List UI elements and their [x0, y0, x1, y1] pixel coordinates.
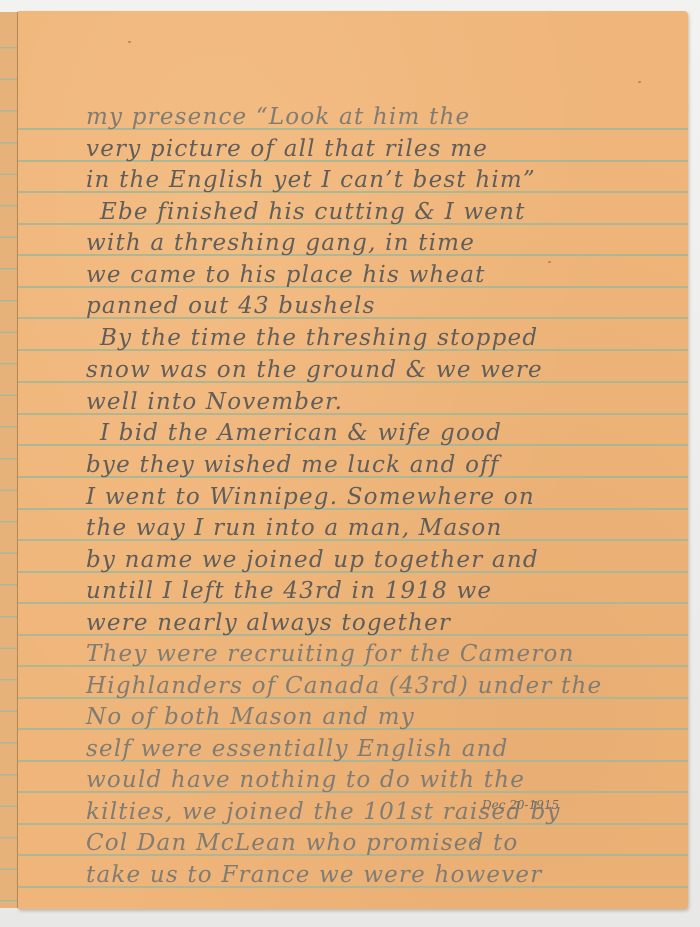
- handwritten-text: my presence “Look at him the very pictur…: [18, 11, 688, 909]
- text-line-20: No of both Mason and my: [86, 702, 688, 734]
- text-line-16: untill I left the 43rd in 1918 we: [86, 576, 688, 608]
- notebook-page: my presence “Look at him the very pictur…: [18, 11, 688, 909]
- date-annotation: Dec 20-1915: [482, 798, 559, 812]
- text-line-10: well into November.: [86, 387, 688, 419]
- text-line-9: snow was on the ground & we were: [86, 355, 688, 387]
- text-line-12: bye they wished me luck and off: [86, 450, 688, 482]
- text-line-21: self were essentially English and: [86, 734, 688, 766]
- insertion-caret: ^: [470, 839, 482, 855]
- text-line-18: They were recruiting for the Cameron: [86, 639, 688, 671]
- text-line-5: with a threshing gang, in time: [86, 228, 688, 260]
- text-line-17: were nearly always together: [86, 608, 688, 640]
- text-line-22: would have nothing to do with the: [86, 765, 688, 797]
- text-line-2: very picture of all that riles me: [86, 134, 688, 166]
- text-line-8: By the time the threshing stopped: [100, 323, 688, 355]
- text-line-3: in the English yet I can’t best him”: [86, 165, 688, 197]
- text-line-1: my presence “Look at him the: [86, 102, 688, 134]
- text-line-24: Col Dan McLean who promised to: [86, 828, 688, 860]
- text-line-7: panned out 43 bushels: [86, 291, 688, 323]
- text-line-4: Ebe finished his cutting & I went: [100, 197, 688, 229]
- facing-page-edge: [0, 12, 19, 908]
- scanned-notebook-page: my presence “Look at him the very pictur…: [0, 0, 700, 927]
- text-line-13: I went to Winnipeg. Somewhere on: [86, 482, 688, 514]
- text-line-25: take us to France we were however: [86, 860, 688, 892]
- text-line-23: kilties, we joined the 101st raised by: [86, 797, 688, 829]
- text-line-11: I bid the American & wife good: [100, 418, 688, 450]
- text-line-15: by name we joined up together and: [86, 545, 688, 577]
- text-line-14: the way I run into a man, Mason: [86, 513, 688, 545]
- text-line-6: we came to his place his wheat: [86, 260, 688, 292]
- text-line-19: Highlanders of Canada (43rd) under the: [86, 671, 688, 703]
